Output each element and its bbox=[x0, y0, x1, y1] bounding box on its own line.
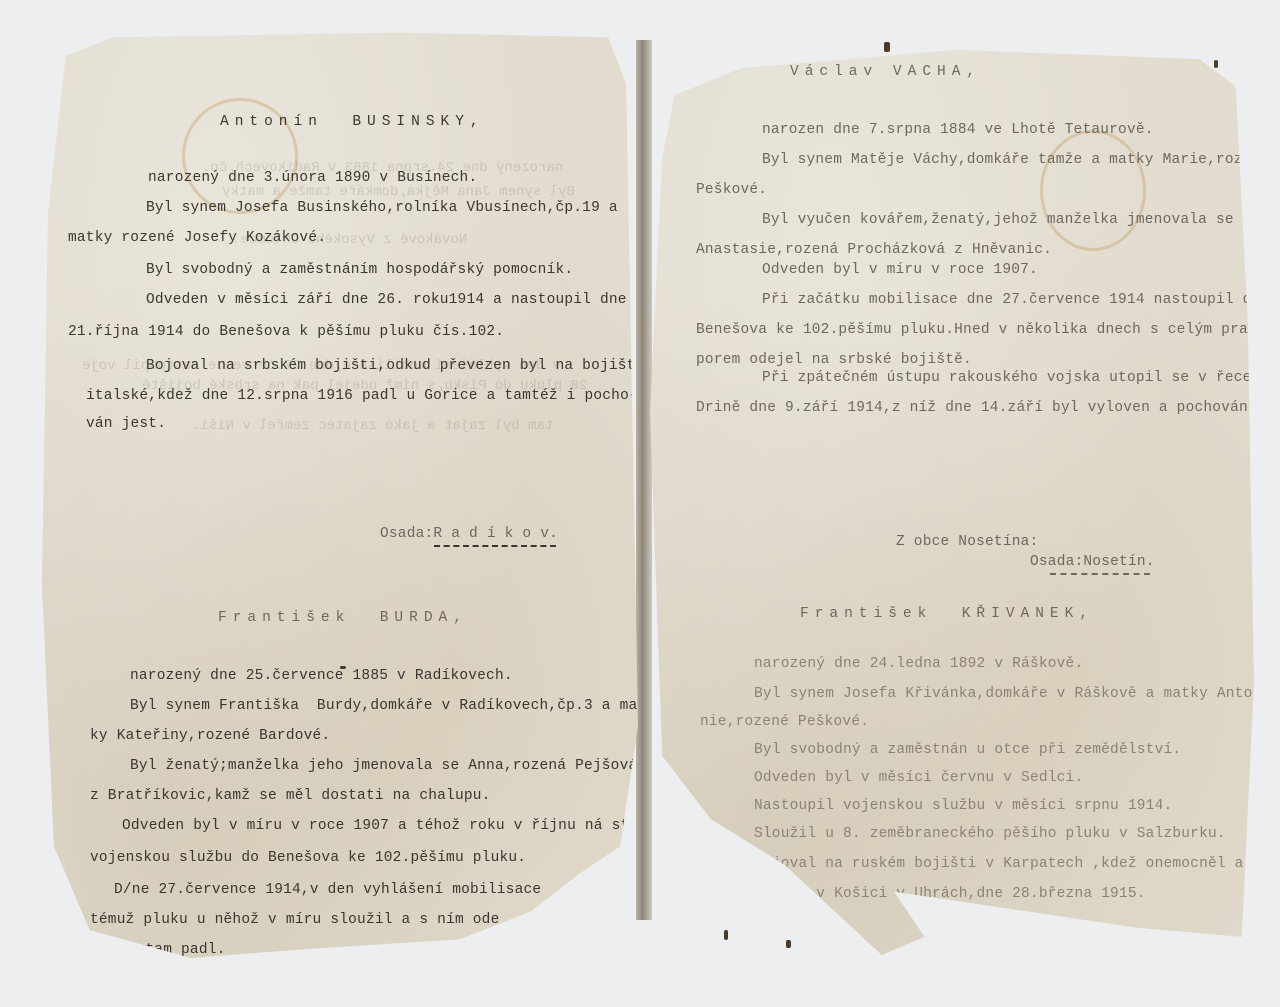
entry-line: ky Kateřiny,rozené Bardové. bbox=[90, 728, 330, 744]
entry-line: Byl synem Josefa Businského,rolníka Vbus… bbox=[146, 200, 618, 216]
book-gutter bbox=[636, 40, 652, 920]
entry-line: Byl synem Josefa Křivánka,domkáře v Rášk… bbox=[754, 686, 1260, 702]
entry-line: Nastoupil vojenskou službu v měsíci srpn… bbox=[754, 798, 1172, 814]
entry-line: 21.října 1914 do Benešova k pěšímu pluku… bbox=[68, 324, 504, 340]
entry-line: Byl synem Františka Burdy,domkáře v Radí… bbox=[130, 698, 638, 714]
entry-line: ště a tam padl. bbox=[92, 942, 226, 958]
entry-line: zemřel v Košici v Uhrách,dne 28.března 1… bbox=[754, 886, 1146, 902]
entry-line: Sloužil u 8. zeměbraneckého pěšího pluku… bbox=[754, 826, 1226, 842]
entry-line: témuž pluku u něhož v míru sloužil a s n… bbox=[90, 912, 499, 928]
entry-line: Při začátku mobilisace dne 27.července 1… bbox=[762, 292, 1260, 308]
entry-line: Odveden byl v míru v roce 1907. bbox=[762, 262, 1038, 278]
debris-speck bbox=[1214, 60, 1218, 68]
entry-line: Odveden byl v míru v roce 1907 a téhož r… bbox=[122, 818, 638, 834]
entry-line: Při zpátečném ústupu rakouského vojska u… bbox=[762, 370, 1252, 386]
municipality-label: Z obce Nosetína: bbox=[896, 534, 1038, 550]
entry-line: vojenskou službu do Benešova ke 102.pěší… bbox=[90, 850, 526, 866]
entry-line: Byl svobodný a zaměstnáním hospodářský p… bbox=[146, 262, 573, 278]
entry-heading: Václav VACHA, bbox=[790, 64, 981, 80]
entry-line: Peškové. bbox=[696, 182, 767, 198]
entry-heading: Antonín BUSINSKY, bbox=[220, 114, 485, 130]
entry-line: Bojoval na ruském bojišti v Karpatech ,k… bbox=[754, 856, 1244, 872]
entry-line: matky rozené Josefy Kozákové. bbox=[68, 230, 326, 246]
entry-line: Benešova ke 102.pěšímu pluku.Hned v něko… bbox=[696, 322, 1257, 338]
entry-line: Byl vyučen kovářem,ženatý,jehož manželka… bbox=[762, 212, 1234, 228]
entry-heading: František KŘIVANEK, bbox=[800, 606, 1094, 622]
entry-line: Byl svobodný a zaměstnán u otce při země… bbox=[754, 742, 1181, 758]
settlement-label: Osada:Nosetín. bbox=[1030, 554, 1155, 570]
entry-line: ván jest. bbox=[86, 416, 166, 432]
debris-speck bbox=[884, 42, 890, 52]
entry-line: Byl synem Matěje Váchy,domkáře tamže a m… bbox=[762, 152, 1260, 168]
entry-line: Odveden byl v měsíci červnu v Sedlci. bbox=[754, 770, 1083, 786]
entry-line: narozen dne 7.srpna 1884 ve Lhotě Tetaur… bbox=[762, 122, 1154, 138]
entry-line: z Bratříkovic,kamž se měl dostati na cha… bbox=[90, 788, 491, 804]
debris-speck bbox=[786, 940, 791, 948]
settlement-underline bbox=[1050, 573, 1150, 575]
entry-line: Byl ženatý;manželka jeho jmenovala se An… bbox=[130, 758, 637, 774]
entry-line: Odveden v měsíci září dne 26. roku1914 a… bbox=[146, 292, 627, 308]
bleed-through-text: tam byl zajat a jako zajatec zemřel v Ni… bbox=[192, 418, 553, 434]
entry-line: Bojoval na srbském bojišti,odkud převeze… bbox=[146, 358, 638, 374]
coffee-stain bbox=[1040, 130, 1146, 251]
entry-line: narozený dne 3.února 1890 v Busínech. bbox=[148, 170, 477, 186]
entry-line: nie,rozené Peškové. bbox=[700, 714, 869, 730]
entry-line: D/ne 27.července 1914,v den vyhlášení mo… bbox=[114, 882, 541, 898]
entry-line: narozený dne 25.července 1885 v Radíkove… bbox=[130, 668, 513, 684]
settlement-underline bbox=[434, 545, 556, 547]
right-page: Václav VACHA, narozen dne 7.srpna 1884 v… bbox=[650, 50, 1260, 955]
entry-line: italské,kdež dne 12.srpna 1916 padl u Go… bbox=[86, 388, 638, 404]
settlement-label: Osada:R a d í k o v. bbox=[380, 526, 558, 542]
left-page: narozený dne 24.srpna 1883 v Radíkovech,… bbox=[42, 28, 638, 958]
entry-line: porem odejel na srbské bojiště. bbox=[696, 352, 972, 368]
entry-heading: František BURDA, bbox=[218, 610, 468, 626]
entry-line: Anastasie,rozená Procházková z Hněvanic. bbox=[696, 242, 1052, 258]
debris-speck bbox=[724, 930, 728, 940]
bleed-through-text: Byl synem Jana Mějka,domkáře tamže a mat… bbox=[222, 184, 575, 200]
entry-line: Drině dne 9.září 1914,z níž dne 14.září … bbox=[696, 400, 1257, 416]
entry-line: narozený dne 24.ledna 1892 v Ráškově. bbox=[754, 656, 1083, 672]
